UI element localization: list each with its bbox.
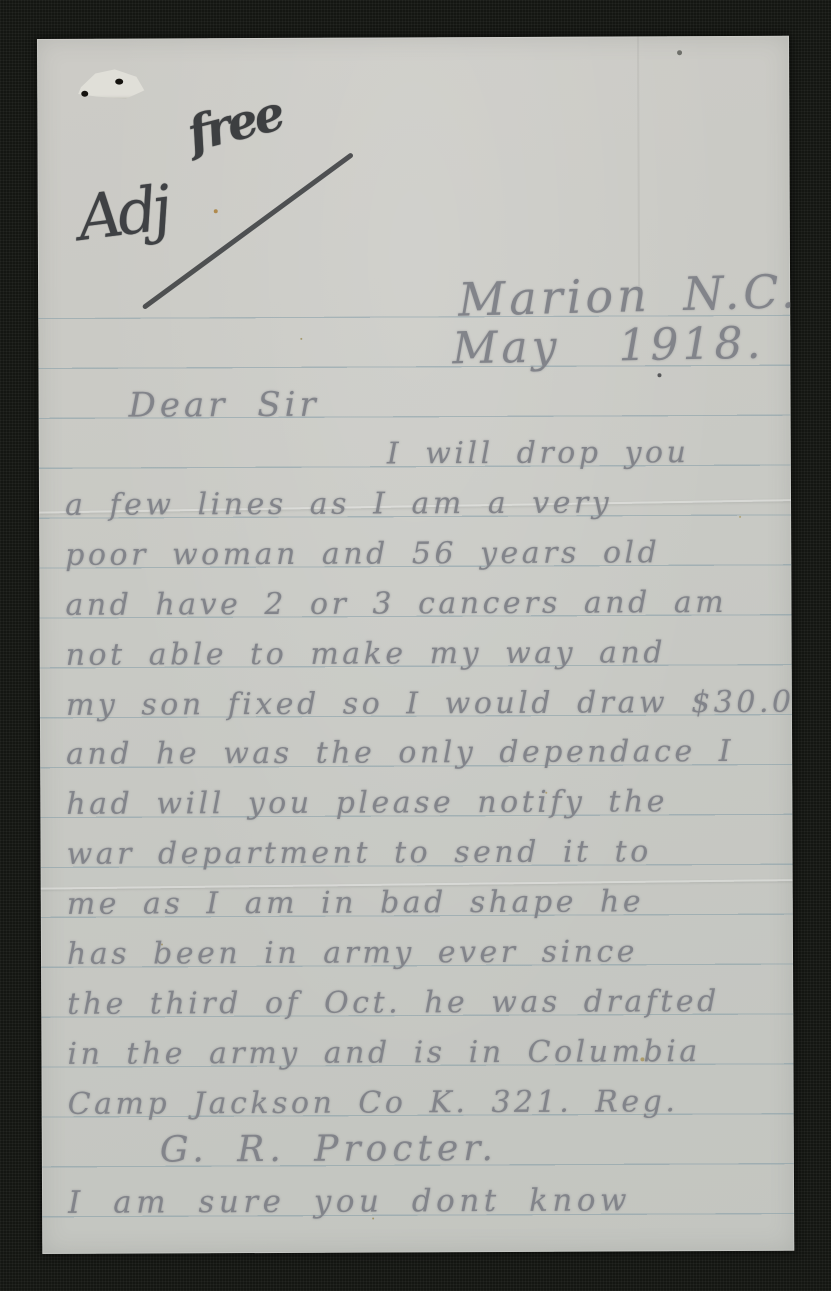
letter-line: had will you please notify the xyxy=(66,785,668,823)
letter-line: my son fixed so I would draw $30.00 xyxy=(66,684,794,722)
scan-background: free Adj Marion N.C. May 1918. Dear Sir … xyxy=(0,0,831,1291)
letter-line: a few lines as I am a very xyxy=(65,485,612,522)
letter-line: me as I am in bad shape he xyxy=(67,884,644,922)
letter-line: I will drop you xyxy=(387,435,690,471)
letter-body: I will drop youa few lines as I am a ver… xyxy=(37,36,794,1254)
letter-line: has been in army ever since xyxy=(67,934,638,971)
signature: G. R. Procter. xyxy=(160,1128,498,1170)
letter-line: war department to send it to xyxy=(66,835,651,873)
letter-line: and he was the only dependace I xyxy=(66,734,734,772)
letter-line: the third of Oct. he was drafted xyxy=(67,984,720,1022)
letter-line: Camp Jackson Co K. 321. Reg. xyxy=(68,1084,679,1122)
letter-line: poor woman and 56 years old xyxy=(65,535,660,573)
letter-line: in the army and is in Columbia xyxy=(67,1034,700,1072)
letter-line: and have 2 or 3 cancers and am xyxy=(65,585,727,623)
postscript: I am sure you dont know xyxy=(68,1182,631,1220)
letter-line: not able to make my way and xyxy=(66,635,666,673)
letter-page: free Adj Marion N.C. May 1918. Dear Sir … xyxy=(37,36,794,1254)
